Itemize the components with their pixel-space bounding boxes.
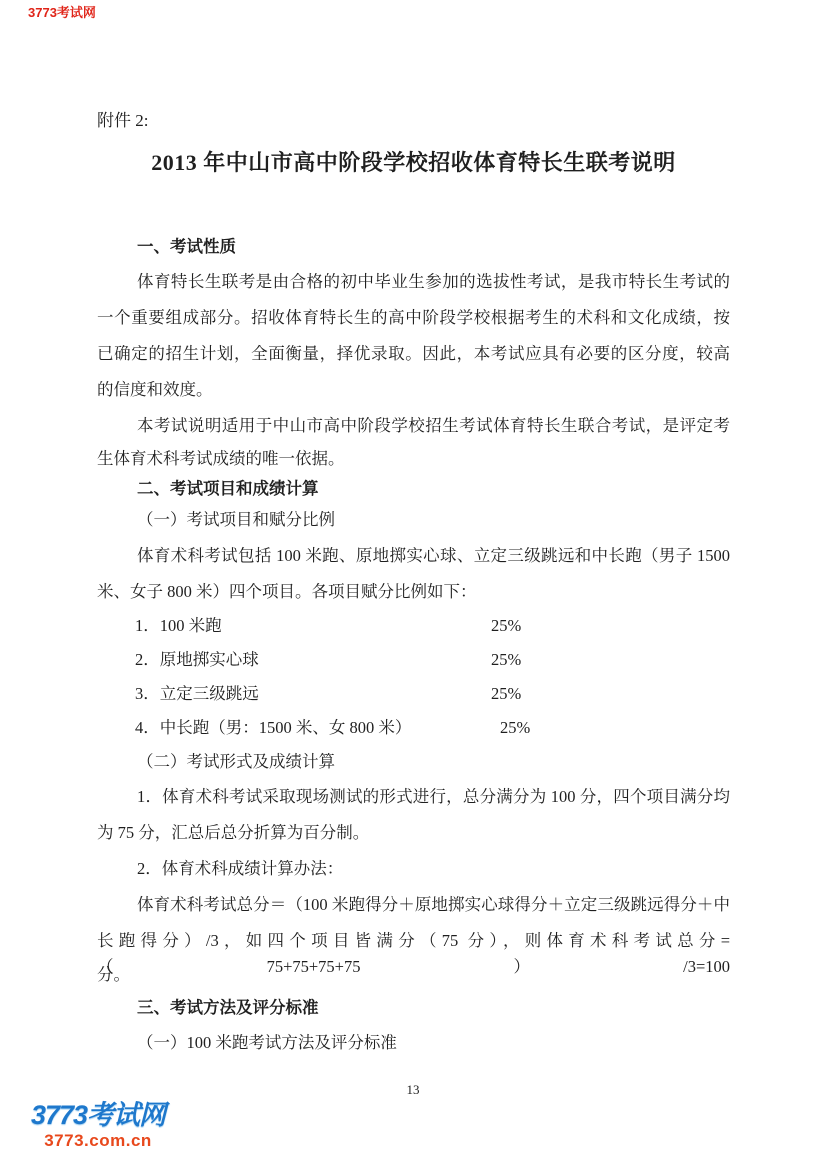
- ratio-item: 1．100 米跑 25%: [97, 613, 730, 639]
- subsection-heading: （一）100 米跑考试方法及评分标准: [97, 1030, 730, 1056]
- paragraph-line: 米、女子 800 米）四个项目。各项目赋分比例如下：: [97, 579, 730, 605]
- paragraph-line: 体育特长生联考是由合格的初中毕业生参加的选拔性考试，是我市特长生考试的: [97, 269, 730, 295]
- ratio-item-label: 1．100 米跑: [135, 616, 222, 635]
- section-1-heading: 一、考试性质: [97, 234, 730, 260]
- ratio-item: 3．立定三级跳远 25%: [97, 681, 730, 707]
- section-3-heading: 三、考试方法及评分标准: [97, 995, 730, 1021]
- document-page: 3773考试网 附件 2: 2013 年中山市高中阶段学校招收体育特长生联考说明…: [0, 0, 826, 1169]
- formula-line: 体育术科考试总分＝（100 米跑得分＋原地掷实心球得分＋立定三级跳远得分＋中: [97, 892, 730, 918]
- ratio-item-value: 25%: [491, 681, 521, 707]
- paragraph-line: 1．体育术科考试采取现场测试的形式进行，总分满分为 100 分，四个项目满分均: [97, 784, 730, 810]
- formula-line: 分。: [97, 962, 730, 988]
- ratio-item-label: 2．原地掷实心球: [135, 650, 259, 669]
- ratio-item-value: 25%: [491, 647, 521, 673]
- paragraph-line: 已确定的招生计划，全面衡量，择优录取。因此，本考试应具有必要的区分度，较高: [97, 341, 730, 367]
- section-2-heading: 二、考试项目和成绩计算: [97, 476, 730, 502]
- paragraph-line: 的信度和效度。: [97, 377, 730, 403]
- site-logo-url: 3773.com.cn: [16, 1131, 180, 1150]
- paragraph-line: 本考试说明适用于中山市高中阶段学校招生考试体育特长生联合考试，是评定考: [97, 413, 730, 439]
- ratio-item-value: 25%: [500, 715, 530, 741]
- paragraph-line: 2．体育术科成绩计算办法：: [97, 856, 730, 882]
- ratio-item: 4．中长跑（男：1500 米、女 800 米） 25%: [97, 715, 730, 741]
- page-number: 13: [0, 1082, 826, 1098]
- paragraph-line: 为 75 分，汇总后总分折算为百分制。: [97, 820, 730, 846]
- paragraph-line: 一个重要组成部分。招收体育特长生的高中阶段学校根据考生的术科和文化成绩，按: [97, 305, 730, 331]
- ratio-item: 2．原地掷实心球 25%: [97, 647, 730, 673]
- document-title: 2013 年中山市高中阶段学校招收体育特长生联考说明: [97, 146, 730, 180]
- ratio-item-label: 3．立定三级跳远: [135, 684, 259, 703]
- ratio-item-value: 25%: [491, 613, 521, 639]
- paragraph-line: 体育术科考试包括 100 米跑、原地掷实心球、立定三级跳远和中长跑（男子 150…: [97, 543, 730, 569]
- ratio-item-label: 4．中长跑（男：1500 米、女 800 米）: [135, 718, 411, 737]
- site-watermark-top: 3773考试网: [28, 5, 96, 20]
- paragraph-line: 生体育术科考试成绩的唯一依据。: [97, 446, 730, 472]
- site-logo: 3773考试网 3773.com.cn: [16, 1100, 180, 1150]
- attachment-label: 附件 2:: [97, 108, 148, 134]
- subsection-heading: （二）考试形式及成绩计算: [97, 749, 730, 775]
- subsection-heading: （一）考试项目和赋分比例: [97, 507, 730, 533]
- site-logo-text: 3773考试网: [16, 1100, 180, 1131]
